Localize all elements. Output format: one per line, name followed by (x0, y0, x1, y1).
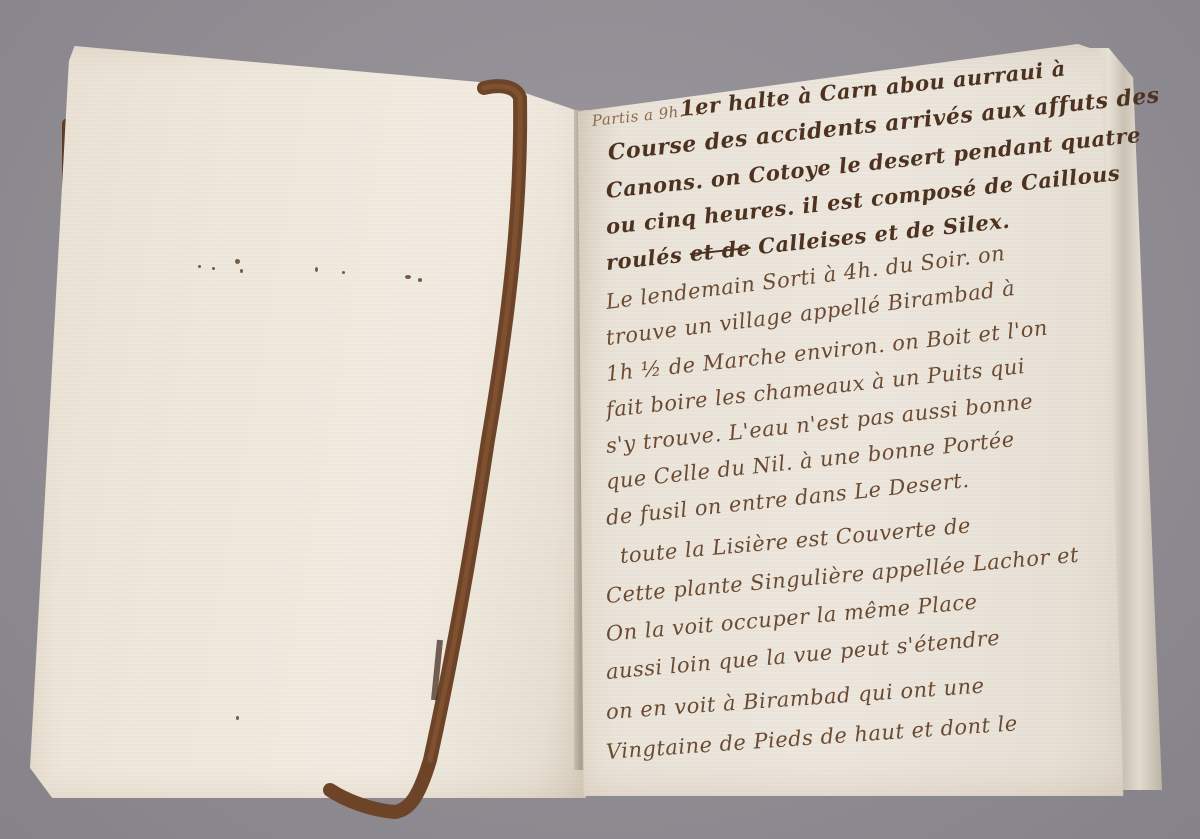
word-roules: roulés (605, 242, 684, 275)
manuscript-photo: Partis a 9h. ... 1er halte à Carn abou a… (0, 0, 1200, 839)
handwritten-text: Partis a 9h. ... 1er halte à Carn abou a… (0, 0, 1200, 839)
struck-text: et de (689, 235, 752, 266)
